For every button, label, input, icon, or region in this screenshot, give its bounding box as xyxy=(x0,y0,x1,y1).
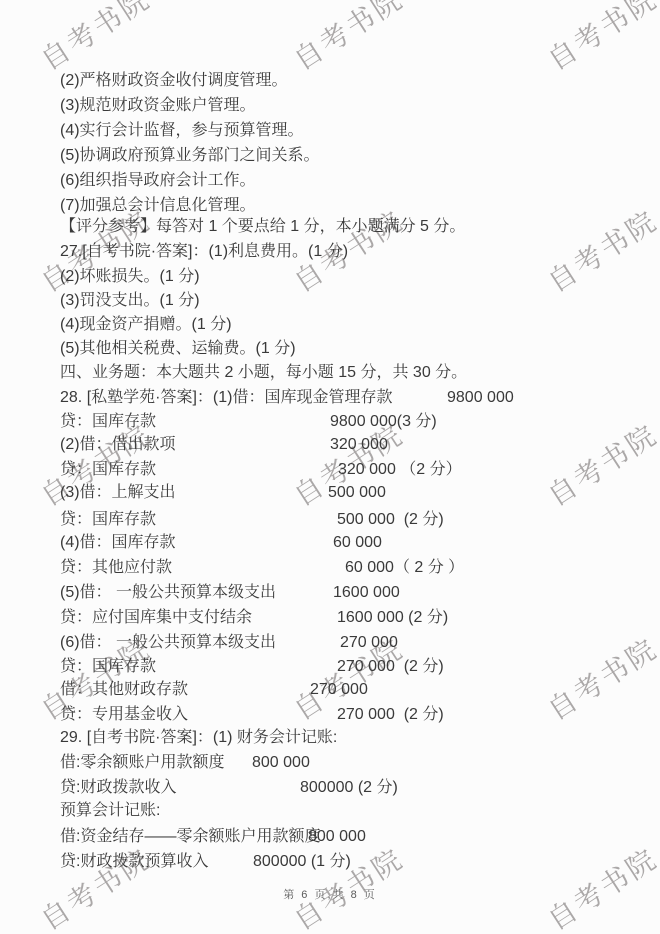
line-text: 借:资金结存——零余额账户用款额度 xyxy=(60,828,320,845)
line-text: (6)组织指导政府会计工作。 xyxy=(60,172,256,189)
line-amount: 800 000 xyxy=(308,827,366,846)
text-line: 四、业务题：本大题共 2 小题，每小题 15 分，共 30 分。 xyxy=(60,363,652,383)
line-text: (5)借： 一般公共预算本级支出 xyxy=(60,584,276,601)
line-text: (2)坏账损失。(1 分) xyxy=(60,268,200,285)
line-text: 预算会计记账: xyxy=(60,802,160,819)
line-text: 27.[自考书院·答案]：(1)利息费用。(1 分) xyxy=(60,243,348,260)
line-text: 29. [自考书院·答案]：(1) 财务会计记账: xyxy=(60,729,337,746)
line-amount: 800000 (2 分) xyxy=(300,778,398,797)
line-amount: 270 000 (2 分) xyxy=(337,657,444,676)
line-amount: 500 000 (2 分) xyxy=(337,510,444,529)
text-line: (5)借： 一般公共预算本级支出1600 000 xyxy=(60,583,652,603)
text-line: (2)坏账损失。(1 分) xyxy=(60,267,652,287)
line-text: 28. [私塾学苑·答案]：(1)借：国库现金管理存款 xyxy=(60,389,392,406)
text-line: (5)其他相关税费、运输费。(1 分) xyxy=(60,339,652,359)
text-line: (4)借：国库存款60 000 xyxy=(60,533,652,553)
line-text: 借:零余额账户用款额度 xyxy=(60,754,224,771)
line-amount: 270 000 xyxy=(310,680,368,699)
line-text: (7)加强总会计信息化管理。 xyxy=(60,197,256,214)
text-line: (6)组织指导政府会计工作。 xyxy=(60,171,652,191)
text-line: (4)现金资产捐赠。(1 分) xyxy=(60,315,652,335)
line-text: 借：其他财政存款 xyxy=(60,681,188,698)
line-amount: 500 000 xyxy=(328,483,386,502)
line-text: 【评分参考】每答对 1 个要点给 1 分，本小题满分 5 分。 xyxy=(60,218,465,235)
text-line: 贷：国库存款500 000 (2 分) xyxy=(60,510,652,530)
line-text: 贷：其他应付款 xyxy=(60,559,172,576)
line-text: (4)借：国库存款 xyxy=(60,534,176,551)
text-line: (4)实行会计监督，参与预算管理。 xyxy=(60,121,652,141)
line-text: (3)罚没支出。(1 分) xyxy=(60,292,200,309)
line-text: (2)严格财政资金收付调度管理。 xyxy=(60,72,288,89)
line-text: 贷:财政拨款收入 xyxy=(60,779,176,796)
text-line: 27.[自考书院·答案]：(1)利息费用。(1 分) xyxy=(60,242,652,262)
line-amount: 800 000 xyxy=(252,753,310,772)
line-amount: 320 000 xyxy=(330,435,388,454)
line-text: 贷：国库存款 xyxy=(60,658,156,675)
page-footer: 第 6 页,共 8 页 xyxy=(0,886,660,902)
line-text: 四、业务题：本大题共 2 小题，每小题 15 分，共 30 分。 xyxy=(60,364,467,381)
line-text: (5)其他相关税费、运输费。(1 分) xyxy=(60,340,296,357)
text-line: (3)罚没支出。(1 分) xyxy=(60,291,652,311)
line-amount: 60 000（ 2 分 ） xyxy=(345,558,464,577)
text-line: 贷：应付国库集中支付结余1600 000 (2 分) xyxy=(60,608,652,628)
line-text: (4)实行会计监督，参与预算管理。 xyxy=(60,122,304,139)
text-line: 贷：国库存款9800 000(3 分) xyxy=(60,412,652,432)
text-line: 贷：专用基金收入270 000 (2 分) xyxy=(60,705,652,725)
text-line: 28. [私塾学苑·答案]：(1)借：国库现金管理存款9800 000 xyxy=(60,388,652,408)
text-line: 29. [自考书院·答案]：(1) 财务会计记账: xyxy=(60,728,652,748)
text-line: 借:零余额账户用款额度800 000 xyxy=(60,753,652,773)
line-amount: 800000 (1 分) xyxy=(253,852,351,871)
line-text: 贷：国库存款 xyxy=(60,461,156,478)
line-text: (4)现金资产捐赠。(1 分) xyxy=(60,316,232,333)
line-text: 贷：国库存款 xyxy=(60,511,156,528)
text-line: (3)规范财政资金账户管理。 xyxy=(60,96,652,116)
text-line: 贷：其他应付款60 000（ 2 分 ） xyxy=(60,558,652,578)
line-text: (2)借：借出款项 xyxy=(60,436,176,453)
line-text: (3)借：上解支出 xyxy=(60,484,176,501)
page-number: 第 6 页,共 8 页 xyxy=(283,889,377,901)
text-line: 贷：国库存款320 000 （2 分） xyxy=(60,460,652,480)
text-line: 贷:财政拨款收入800000 (2 分) xyxy=(60,778,652,798)
line-text: 贷：应付国库集中支付结余 xyxy=(60,609,252,626)
line-text: 贷:财政拨款预算收入 xyxy=(60,853,208,870)
text-line: 贷:财政拨款预算收入800000 (1 分) xyxy=(60,852,652,872)
line-amount: 270 000 xyxy=(340,633,398,652)
line-amount: 1600 000 (2 分) xyxy=(337,608,448,627)
text-line: 借：其他财政存款270 000 xyxy=(60,680,652,700)
document-page: 自考书院自考书院自考书院自考书院自考书院自考书院自考书院自考书院自考书院自考书院… xyxy=(0,0,660,934)
line-amount: 1600 000 xyxy=(333,583,400,602)
line-amount: 9800 000(3 分) xyxy=(330,412,437,431)
text-line: 借:资金结存——零余额账户用款额度800 000 xyxy=(60,827,652,847)
text-line: 贷：国库存款270 000 (2 分) xyxy=(60,657,652,677)
line-text: (5)协调政府预算业务部门之间关系。 xyxy=(60,147,320,164)
line-text: (3)规范财政资金账户管理。 xyxy=(60,97,256,114)
text-line: 【评分参考】每答对 1 个要点给 1 分，本小题满分 5 分。 xyxy=(60,217,652,237)
text-line: (3)借：上解支出500 000 xyxy=(60,483,652,503)
line-amount: 60 000 xyxy=(333,533,382,552)
line-amount: 320 000 （2 分） xyxy=(338,460,462,479)
text-line: (6)借： 一般公共预算本级支出270 000 xyxy=(60,633,652,653)
line-text: (6)借： 一般公共预算本级支出 xyxy=(60,634,276,651)
text-line: 预算会计记账: xyxy=(60,801,652,821)
line-text: 贷：专用基金收入 xyxy=(60,706,188,723)
text-line: (2)严格财政资金收付调度管理。 xyxy=(60,71,652,91)
document-content: (2)严格财政资金收付调度管理。(3)规范财政资金账户管理。(4)实行会计监督，… xyxy=(0,0,660,934)
text-line: (5)协调政府预算业务部门之间关系。 xyxy=(60,146,652,166)
line-text: 贷：国库存款 xyxy=(60,413,156,430)
line-amount: 9800 000 xyxy=(447,388,514,407)
line-amount: 270 000 (2 分) xyxy=(337,705,444,724)
text-line: (7)加强总会计信息化管理。 xyxy=(60,196,652,216)
text-line: (2)借：借出款项320 000 xyxy=(60,435,652,455)
